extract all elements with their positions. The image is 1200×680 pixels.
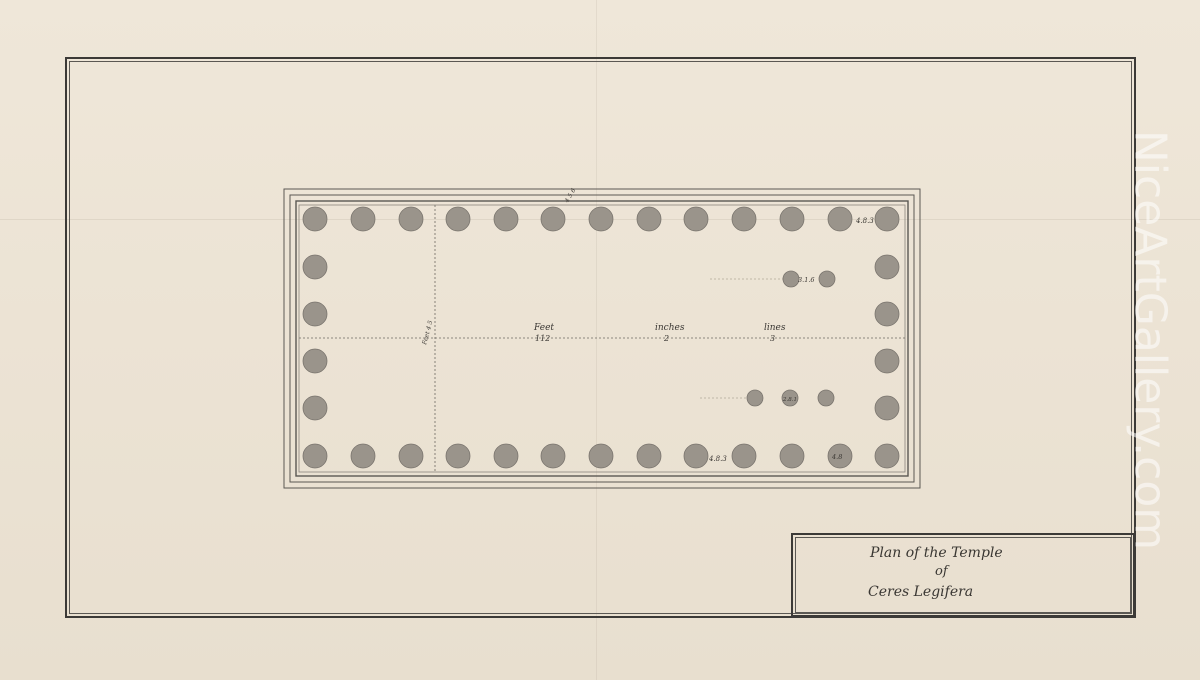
stylobate-outlines — [284, 189, 920, 488]
title-line-1: Plan of the Temple — [870, 545, 1003, 561]
annotation-top-center: 4 5 6 — [563, 187, 577, 205]
watermark: NiceArtGallery.com — [1120, 150, 1180, 530]
scale-vertical-label: Feet 4 5 — [421, 320, 434, 347]
annotation-inner: 3.1.6 — [798, 276, 815, 284]
scale-inches-value: 2 — [663, 334, 669, 343]
annotation-inner-center: 2.8.1 — [782, 397, 797, 403]
annotation-top-right: 4.8.3 — [855, 217, 874, 225]
scale-lines-value: 3 — [770, 334, 775, 343]
watermark-text: NiceArtGallery.com — [1125, 130, 1176, 550]
scale-lines — [299, 205, 905, 472]
annotation-bottom: 4.8.3 — [708, 455, 727, 463]
title-line-3: Ceres Legifera — [868, 584, 973, 600]
title-line-2: of — [935, 564, 948, 579]
scale-feet-value: 112 — [535, 334, 550, 343]
annotation-bottom-right: 4.8 — [831, 453, 842, 461]
columns-peristyle — [303, 207, 899, 468]
scale-lines-label: lines — [764, 323, 786, 333]
scale-inches-label: inches — [655, 323, 685, 333]
scale-feet-label: Feet — [533, 323, 554, 333]
columns-inner — [747, 271, 835, 406]
